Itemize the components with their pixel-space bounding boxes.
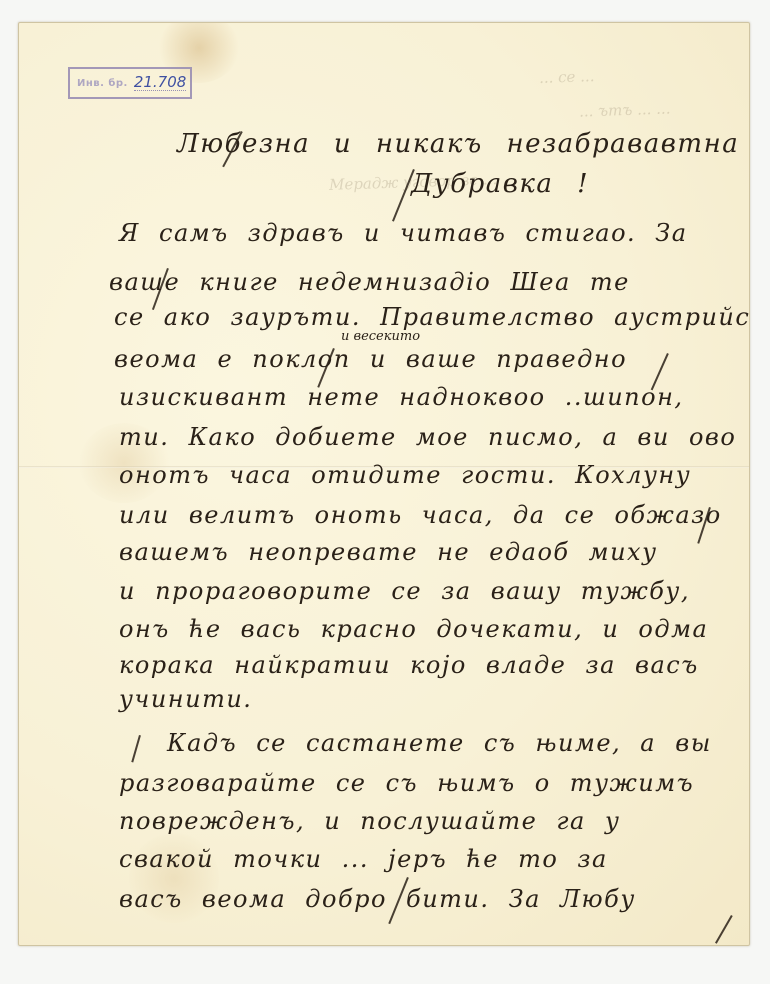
body-line: изискивант нете надноквоо ..шипон, — [119, 383, 684, 411]
salutation-line-1: Любезна и никакъ незабрававтна — [177, 129, 739, 159]
body-line: онъ ће вась красно дочекати, и одма — [119, 615, 708, 643]
letter-page: Инв. бр. 21.708 Мерадж уговор ве ... ...… — [18, 22, 750, 946]
bleed-through-text: ... се ... — [539, 67, 595, 87]
body-line: вашемъ неопревате не едаоб миху — [119, 538, 658, 566]
body-line: се ако зауръти. Правителство аустрийско — [114, 303, 750, 331]
salutation-line-2: Дубравка ! — [411, 169, 589, 199]
body-line: свакой точки ... јеръ ће то за — [119, 845, 608, 873]
interlinear-insert: и весекито — [341, 329, 420, 344]
body-line: или велитъ оноть часа, да се обжазо — [119, 501, 722, 529]
body-line: веома е пoклоn и ваше праведно — [114, 345, 627, 373]
body-line: поврежденъ, и послушайте га у — [119, 807, 620, 835]
inventory-stamp: Инв. бр. 21.708 — [68, 67, 192, 99]
body-line: васъ веома добро бити. За Любу — [119, 885, 636, 913]
body-line: и прораговорите се за вашу тужбу, — [119, 577, 690, 605]
body-line: Я самъ здравъ и читавъ стигао. За — [119, 219, 688, 247]
pen-flourish — [715, 915, 732, 943]
bleed-through-text: ... ътъ ... ... — [579, 99, 671, 120]
scanned-document: Инв. бр. 21.708 Мерадж уговор ве ... ...… — [0, 0, 770, 984]
body-line: ти. Како добиете мое писмо, а ви ово — [119, 423, 736, 451]
stamp-number: 21.708 — [134, 75, 187, 91]
body-line: учинити. — [119, 685, 252, 713]
body-line: Кадъ се састанете съ њиме, а вы — [167, 729, 712, 757]
pen-flourish — [131, 735, 140, 762]
body-line: онотъ часа отидите гости. Кохлуну — [119, 461, 691, 489]
body-line: ваше книге недемнизадіо Шеа те — [109, 268, 630, 296]
body-line: корака найкратии којо владе за васъ — [119, 651, 699, 679]
body-line: разговарайте се съ њимъ о тужимъ — [119, 769, 694, 797]
stamp-label: Инв. бр. — [77, 78, 128, 89]
